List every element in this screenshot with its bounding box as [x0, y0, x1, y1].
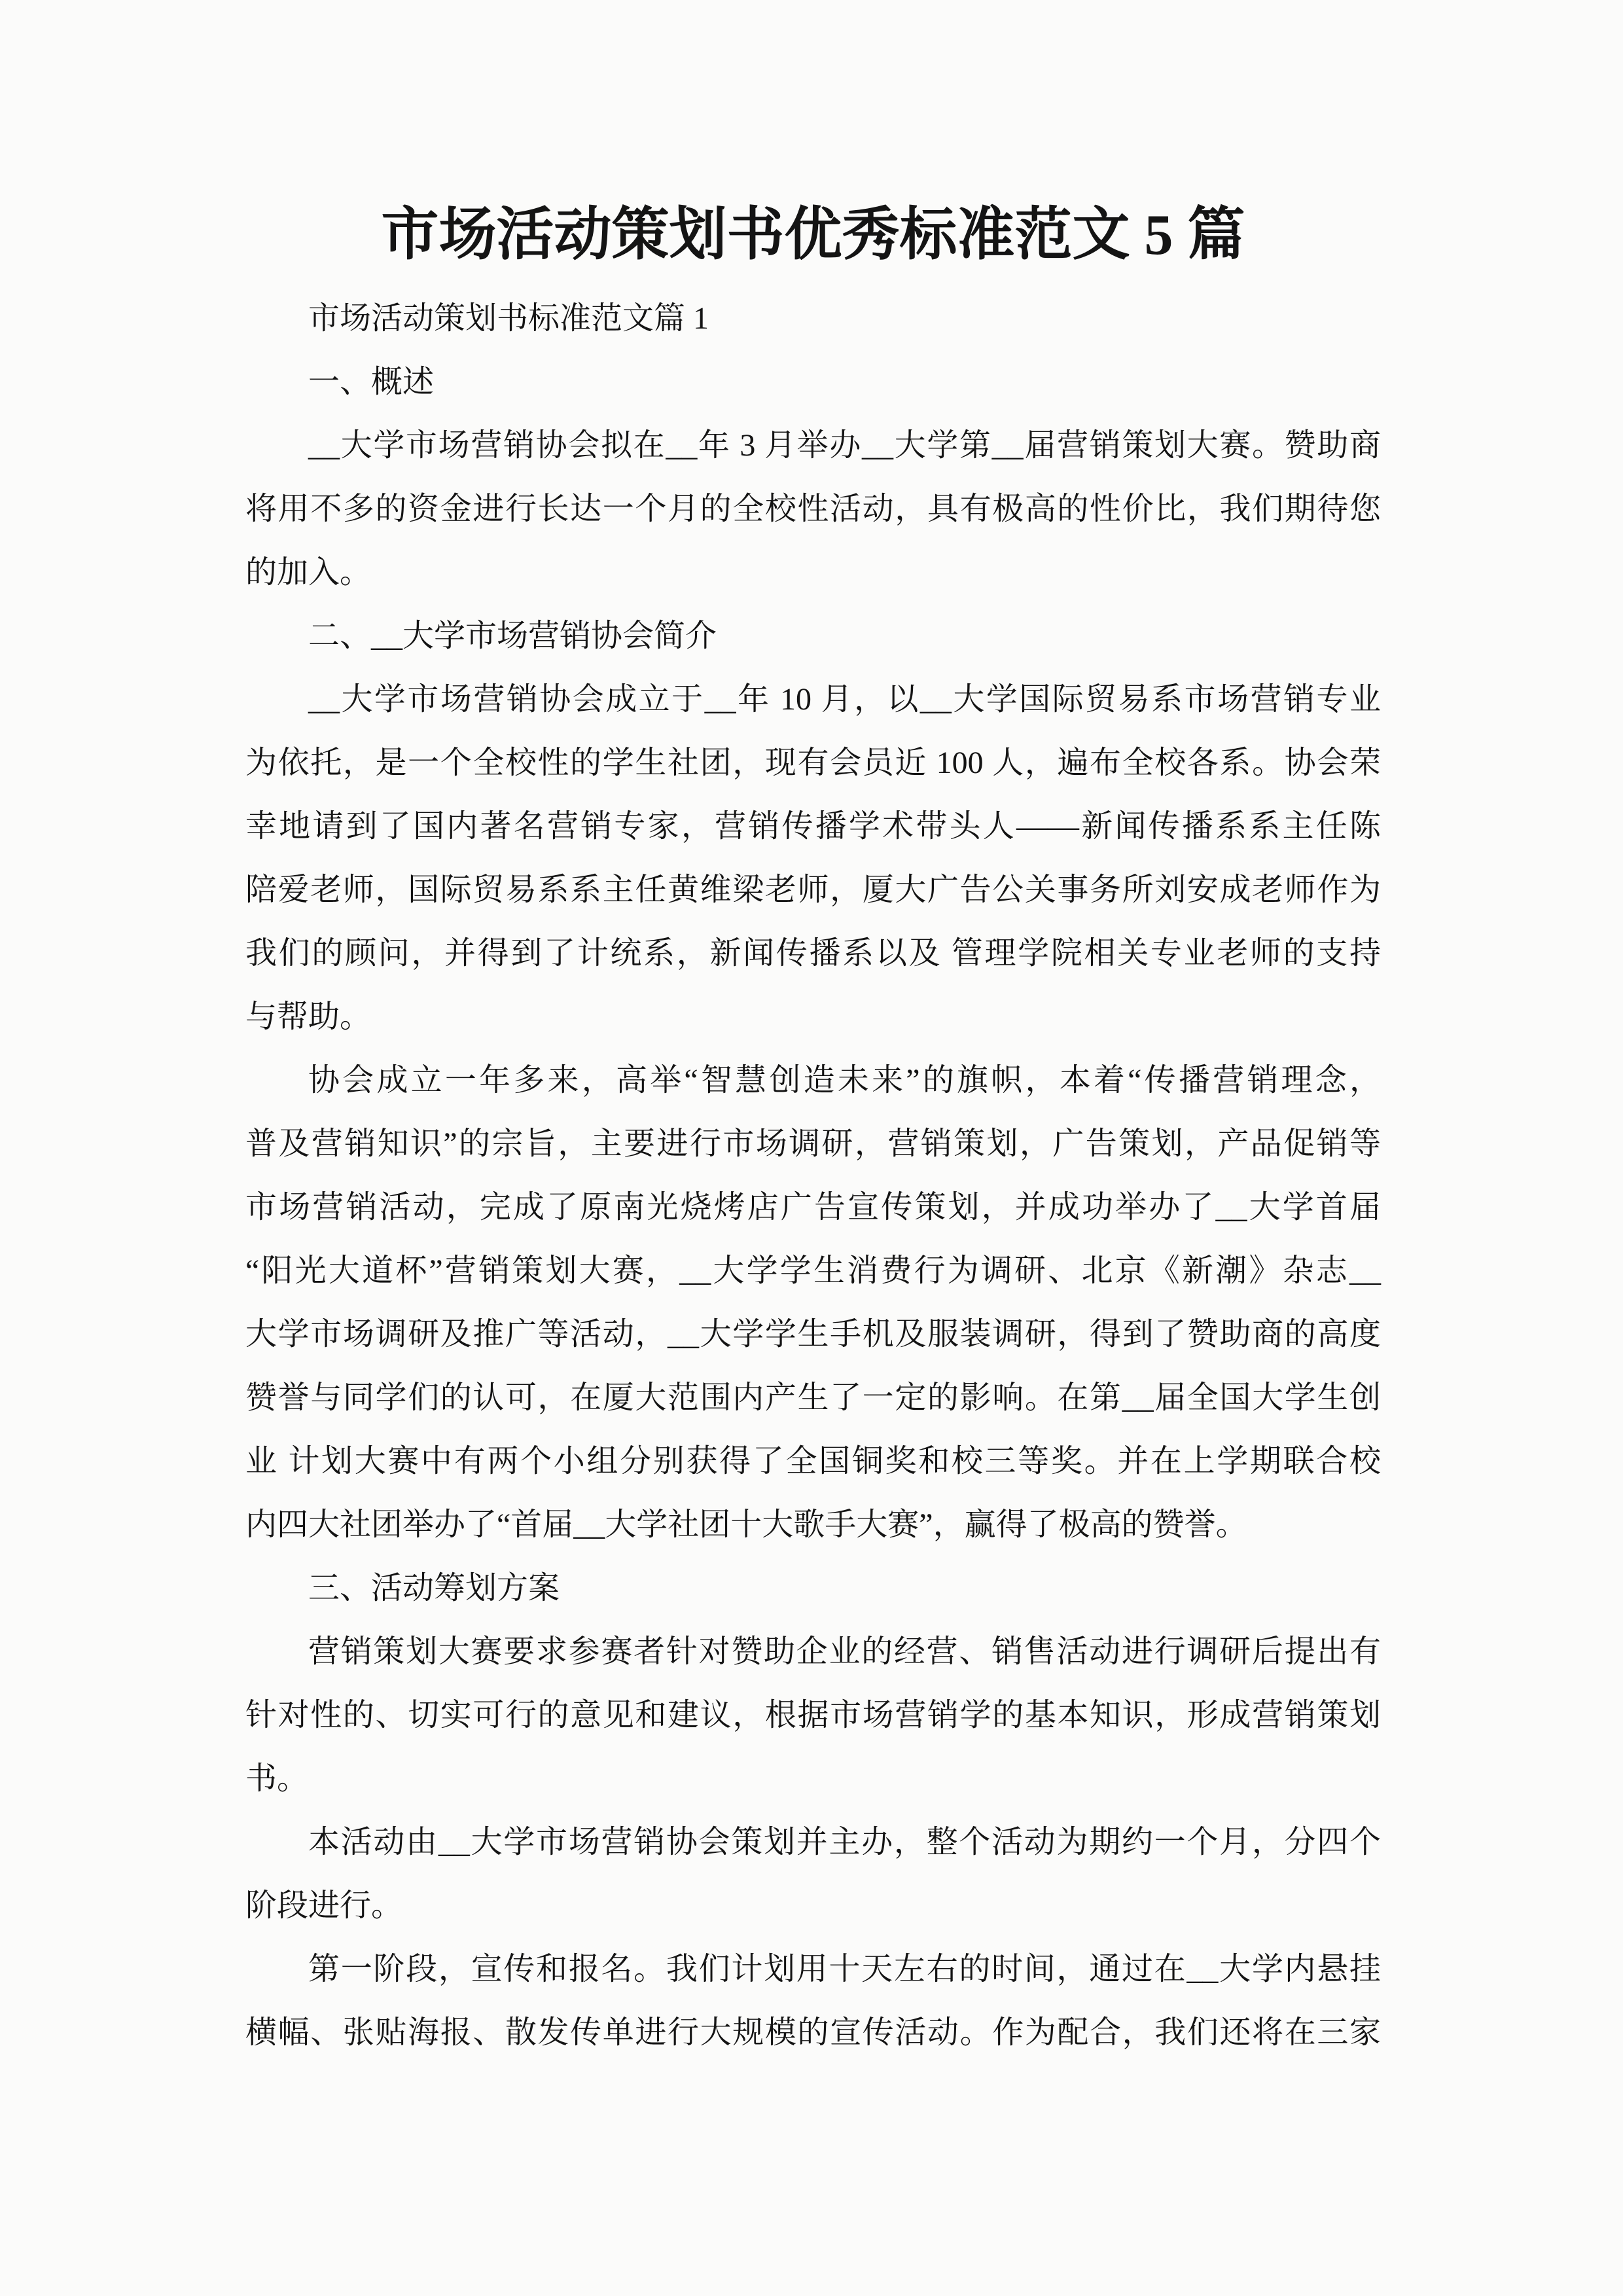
text-line: 将用不多的资金进行长达一个月的全校性活动，具有极高的性价比，我们期待您 [245, 477, 1381, 541]
text-line: 与帮助。 [245, 985, 1381, 1049]
document-title: 市场活动策划书优秀标准范文 5 篇 [245, 204, 1381, 267]
text-line: 陪爱老师，国际贸易系系主任黄维梁老师，厦大广告公关事务所刘安成老师作为 [245, 858, 1381, 922]
text-line: 二、__大学市场营销协会简介 [245, 604, 1381, 668]
text-line: 协会成立一年多来，高举“智慧创造未来”的旗帜，本着“传播营销理念， [245, 1049, 1381, 1112]
document-page: 市场活动策划书优秀标准范文 5 篇 市场活动策划书标准范文篇 1一、概述__大学… [0, 0, 1623, 2296]
text-line: 内四大社团举办了“首届__大学社团十大歌手大赛”，赢得了极高的赞誉。 [245, 1493, 1381, 1556]
text-line: 市场营销活动，完成了原南光烧烤店广告宣传策划，并成功举办了__大学首届 [245, 1175, 1381, 1239]
text-line: 幸地请到了国内著名营销专家，营销传播学术带头人——新闻传播系系主任陈 [245, 795, 1381, 858]
text-line: 营销策划大赛要求参赛者针对赞助企业的经营、销售活动进行调研后提出有 [245, 1620, 1381, 1683]
text-line: 书。 [245, 1747, 1381, 1810]
text-line: 赞誉与同学们的认可，在厦大范围内产生了一定的影响。在第__届全国大学生创 [245, 1366, 1381, 1429]
text-line: 市场活动策划书标准范文篇 1 [245, 287, 1381, 350]
document-body: 市场活动策划书标准范文篇 1一、概述__大学市场营销协会拟在__年 3 月举办_… [245, 287, 1381, 2064]
text-line: 为依托，是一个全校性的学生社团，现有会员近 100 人，遍布全校各系。协会荣 [245, 731, 1381, 795]
text-line: 的加入。 [245, 541, 1381, 604]
text-line: 普及营销知识”的宗旨，主要进行市场调研，营销策划，广告策划，产品促销等 [245, 1112, 1381, 1175]
text-line: 第一阶段，宣传和报名。我们计划用十天左右的时间，通过在__大学内悬挂 [245, 1937, 1381, 2001]
text-line: 我们的顾问，并得到了计统系，新闻传播系以及 管理学院相关专业老师的支持 [245, 922, 1381, 985]
text-line: 三、活动筹划方案 [245, 1556, 1381, 1620]
text-line: __大学市场营销协会拟在__年 3 月举办__大学第__届营销策划大赛。赞助商 [245, 414, 1381, 477]
text-line: 本活动由__大学市场营销协会策划并主办，整个活动为期约一个月，分四个 [245, 1810, 1381, 1874]
text-line: 大学市场调研及推广等活动，__大学学生手机及服装调研，得到了赞助商的高度 [245, 1302, 1381, 1366]
text-line: __大学市场营销协会成立于__年 10 月，以__大学国际贸易系市场营销专业 [245, 668, 1381, 731]
text-line: 业 计划大赛中有两个小组分别获得了全国铜奖和校三等奖。并在上学期联合校 [245, 1429, 1381, 1493]
text-line: “阳光大道杯”营销策划大赛，__大学学生消费行为调研、北京《新潮》杂志__ [245, 1239, 1381, 1302]
text-line: 针对性的、切实可行的意见和建议，根据市场营销学的基本知识，形成营销策划 [245, 1683, 1381, 1747]
text-line: 横幅、张贴海报、散发传单进行大规模的宣传活动。作为配合，我们还将在三家 [245, 2001, 1381, 2064]
text-line: 一、概述 [245, 350, 1381, 414]
text-line: 阶段进行。 [245, 1874, 1381, 1937]
